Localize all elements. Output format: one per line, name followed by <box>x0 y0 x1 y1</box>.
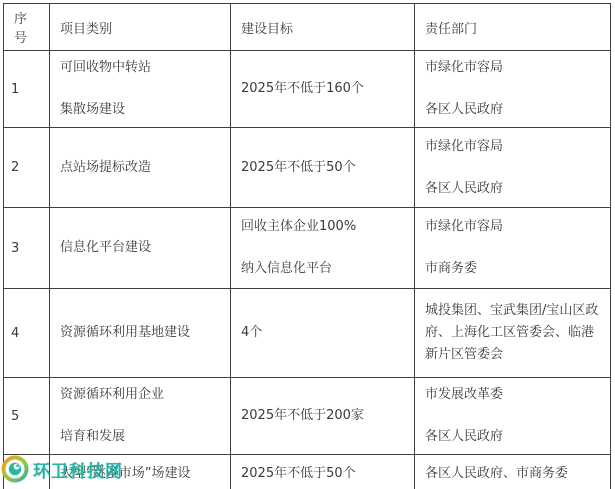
cell-target: 4个 <box>231 289 415 378</box>
cell-line: 各区人民政府 <box>425 99 600 121</box>
watermark: 环卫科技网 <box>0 454 123 484</box>
cell-category: 资源循环利用基地建设 <box>50 289 231 378</box>
cell-department: 城投集团、宝武集团/宝山区政府、上海化工区管委会、临港新片区管委会 <box>415 289 611 378</box>
cell-department: 市绿化市容局各区人民政府 <box>415 51 611 128</box>
cell-index: 3 <box>4 208 50 289</box>
cell-category: 可回收物中转站集散场建设 <box>50 51 231 128</box>
table-header: 序号 项目类别 建设目标 责任部门 <box>4 4 611 51</box>
cell-target: 2025年不低于50个 <box>231 455 415 489</box>
cell-line: 市发展改革委 <box>425 384 600 406</box>
cell-line: 各区人民政府、市商务委 <box>425 463 600 485</box>
cell-department: 市发展改革委各区人民政府 <box>415 378 611 455</box>
cell-category: 信息化平台建设 <box>50 208 231 289</box>
cell-index: 4 <box>4 289 50 378</box>
cell-line: 2025年不低于200家 <box>241 405 404 427</box>
cell-line: 各区人民政府 <box>425 426 600 448</box>
cell-target: 2025年不低于200家 <box>231 378 415 455</box>
column-header-target: 建设目标 <box>231 4 415 51</box>
cell-index: 2 <box>4 128 50 208</box>
site-logo-icon <box>0 454 30 484</box>
page: 序号 项目类别 建设目标 责任部门 1可回收物中转站集散场建设2025年不低于1… <box>0 0 615 489</box>
table-row: 1可回收物中转站集散场建设2025年不低于160个市绿化市容局各区人民政府 <box>4 51 611 128</box>
cell-department: 各区人民政府、市商务委 <box>415 455 611 489</box>
cell-line: 市绿化市容局 <box>425 136 600 158</box>
cell-department: 市绿化市容局市商务委 <box>415 208 611 289</box>
cell-index: 5 <box>4 378 50 455</box>
cell-line: 回收主体企业100% <box>241 216 404 238</box>
cell-line: 资源循环利用基地建设 <box>60 322 220 344</box>
cell-line: 点站场提标改造 <box>60 157 220 179</box>
watermark-site-name: 环卫科技网 <box>33 457 123 482</box>
cell-target: 2025年不低于160个 <box>231 51 415 128</box>
column-header-category: 项目类别 <box>50 4 231 51</box>
table-row: 2点站场提标改造2025年不低于50个市绿化市容局各区人民政府 <box>4 128 611 208</box>
cell-line: 市绿化市容局 <box>425 57 600 79</box>
table-row: 3信息化平台建设回收主体企业100%纳入信息化平台市绿化市容局市商务委 <box>4 208 611 289</box>
cell-line: 可回收物中转站 <box>60 57 220 79</box>
table-body: 1可回收物中转站集散场建设2025年不低于160个市绿化市容局各区人民政府2点站… <box>4 51 611 489</box>
cell-line: 市商务委 <box>425 258 600 280</box>
table-row: 4资源循环利用基地建设4个城投集团、宝武集团/宝山区政府、上海化工区管委会、临港… <box>4 289 611 378</box>
cell-department: 市绿化市容局各区人民政府 <box>415 128 611 208</box>
cell-line: 2025年不低于160个 <box>241 78 404 100</box>
cell-line: 培育和发展 <box>60 426 220 448</box>
project-table: 序号 项目类别 建设目标 责任部门 1可回收物中转站集散场建设2025年不低于1… <box>3 3 611 489</box>
header-row: 序号 项目类别 建设目标 责任部门 <box>4 4 611 51</box>
cell-category: 点站场提标改造 <box>50 128 231 208</box>
cell-line: 城投集团、宝武集团/宝山区政府、上海化工区管委会、临港新片区管委会 <box>425 300 600 366</box>
table-row: 5资源循环利用企业培育和发展2025年不低于200家市发展改革委各区人民政府 <box>4 378 611 455</box>
cell-line: 纳入信息化平台 <box>241 258 404 280</box>
cell-target: 2025年不低于50个 <box>231 128 415 208</box>
cell-line: 2025年不低于50个 <box>241 157 404 179</box>
column-header-department: 责任部门 <box>415 4 611 51</box>
cell-category: 资源循环利用企业培育和发展 <box>50 378 231 455</box>
cell-index: 1 <box>4 51 50 128</box>
cell-line: 4个 <box>241 322 404 344</box>
cell-line: 集散场建设 <box>60 99 220 121</box>
cell-line: 市绿化市容局 <box>425 216 600 238</box>
column-header-index: 序号 <box>4 4 50 51</box>
cell-line: 信息化平台建设 <box>60 237 220 259</box>
cell-line: 2025年不低于50个 <box>241 463 404 485</box>
cell-line: 各区人民政府 <box>425 178 600 200</box>
cell-line: 资源循环利用企业 <box>60 384 220 406</box>
cell-target: 回收主体企业100%纳入信息化平台 <box>231 208 415 289</box>
